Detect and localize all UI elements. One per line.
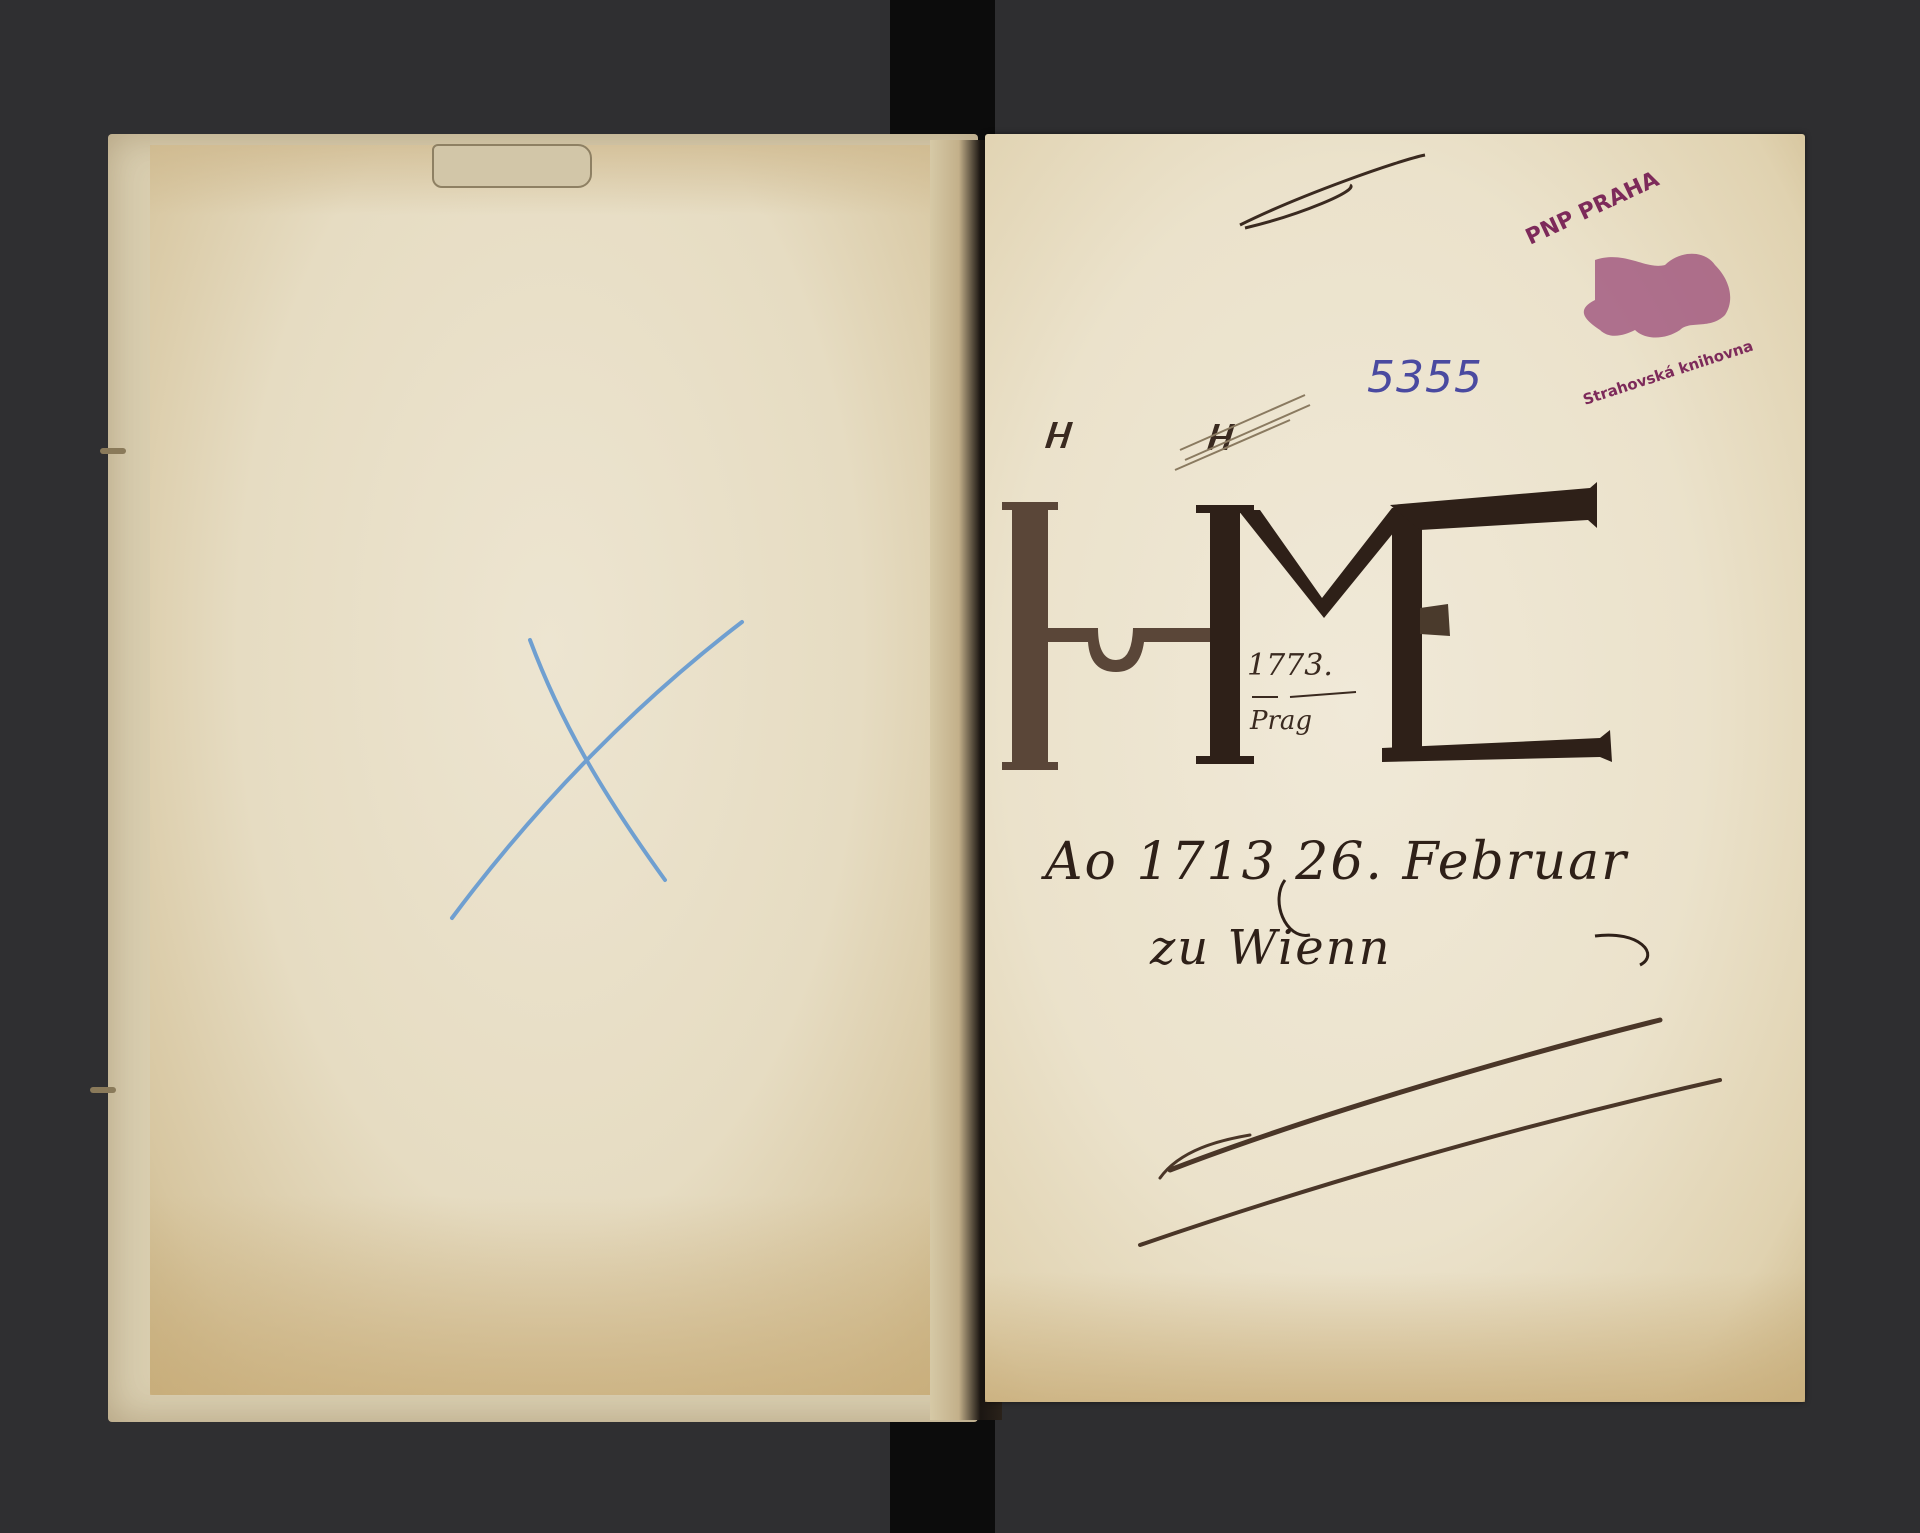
monogram-year: 1773. [1247,648,1333,683]
stamp-top-text: PNP PRAHA [1522,167,1663,250]
inscription-line-1: Ao 1713 26. Februar [1045,832,1628,892]
handwriting-layer: PNP PRAHA Strahovská knihovna [0,0,1920,1533]
stamp-bottom-text: Strahovská knihovna [1581,337,1756,409]
lion-emblem-icon [1584,254,1730,338]
small-h-marks [1045,395,1310,470]
shelfmark-number: 5355 [1367,352,1483,403]
pencil-cross-icon [452,622,742,918]
pen-strokes [1140,1020,1720,1245]
top-flourish [1240,155,1425,228]
library-stamp: PNP PRAHA Strahovská knihovna [1522,167,1755,409]
monogram-place: Prag [1250,706,1312,736]
inscription-line-2: zu Wienn [1150,920,1392,976]
